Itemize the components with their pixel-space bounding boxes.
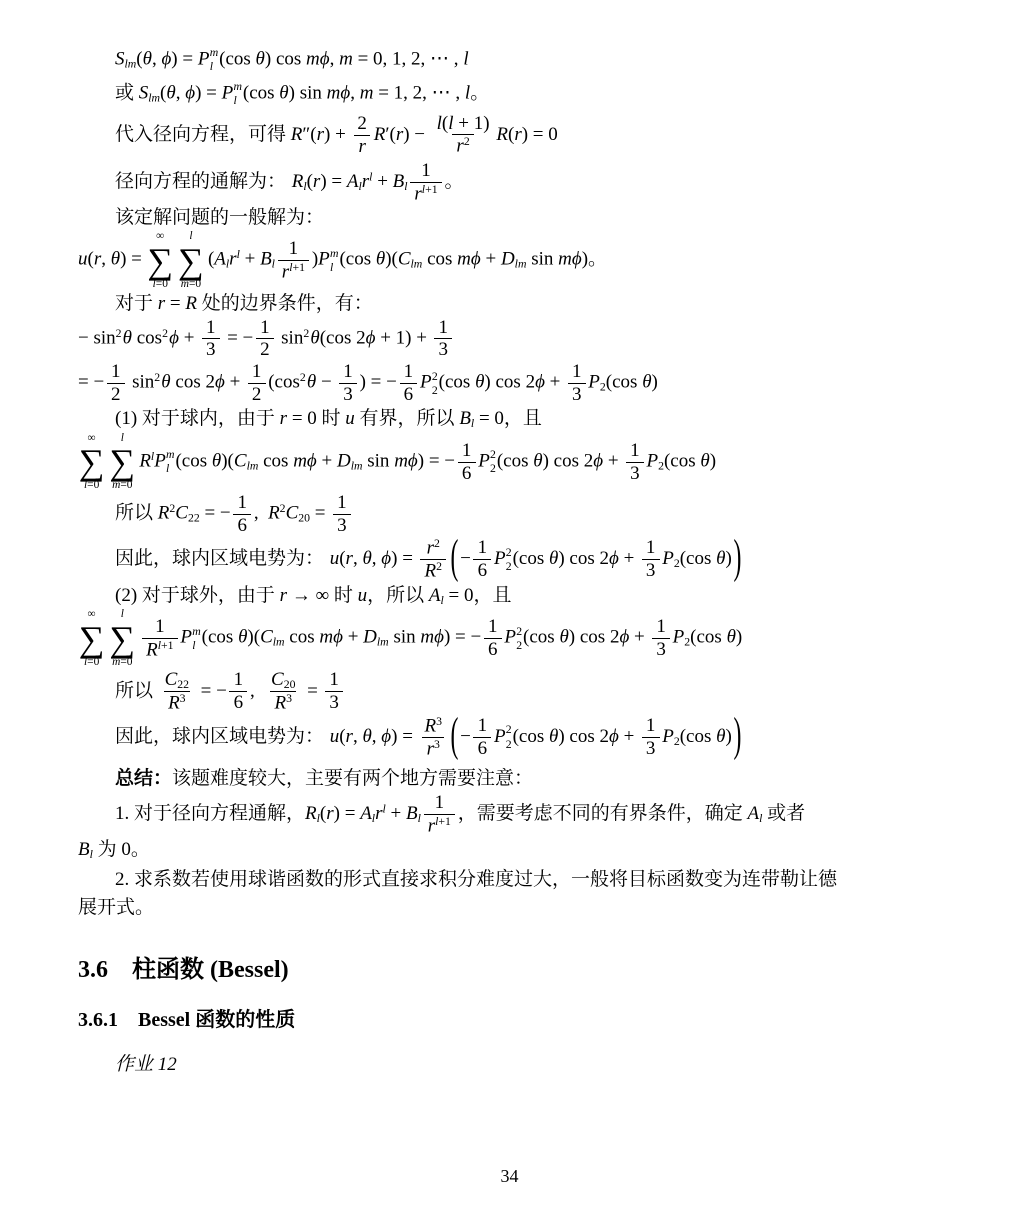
page-content: Slm(θ, ϕ) = Pml(cos θ) cos mϕ, m = 0, 1,… <box>0 0 1019 1077</box>
subscript: 22 <box>188 512 200 525</box>
math-roman: 3 <box>646 738 656 759</box>
superscript: 3 <box>180 692 186 705</box>
math-roman: (cos <box>680 548 716 569</box>
math-variable: r <box>427 537 434 558</box>
fraction: 13 <box>434 317 452 362</box>
math-variable: θ <box>307 372 316 393</box>
math-variable: B <box>78 839 90 860</box>
math-roman: 3 <box>337 515 347 536</box>
math-variable: ϕ <box>609 548 619 569</box>
math-variable: m <box>166 448 175 461</box>
math-roman: + <box>179 327 199 348</box>
fraction: 12 <box>107 361 125 406</box>
text: 该定解问题的一般解为： <box>115 207 324 228</box>
text: (2) 对于球外，由于 <box>115 585 280 606</box>
fraction: 1rl+1 <box>424 792 456 837</box>
math-roman: 1 <box>289 238 299 259</box>
math-variable: l <box>330 261 333 274</box>
math-variable: ϕ <box>572 249 582 270</box>
numerator: 2 <box>353 113 371 135</box>
math-roman: 3 <box>434 738 440 751</box>
math-variable: m <box>394 450 408 471</box>
eq-inside-sum: ∞∑l=0l∑m=0RlPml(cos θ)(Clm cos mϕ + Dlm … <box>78 432 953 493</box>
sup-sub-stack: ml <box>192 625 201 653</box>
math-roman: + <box>481 249 501 270</box>
math-variable: B <box>260 249 272 270</box>
math-variable: m <box>233 80 242 93</box>
superscript: 2 <box>154 372 160 385</box>
math-variable: P <box>420 372 432 393</box>
math-roman: 1 <box>488 616 498 637</box>
math-variable: ϕ <box>609 726 619 747</box>
math-variable: ϕ <box>333 627 343 648</box>
denominator: 6 <box>458 462 476 485</box>
math-roman: ) <box>736 627 742 648</box>
fraction: r2R2 <box>420 537 446 583</box>
math-roman: (cos <box>339 249 375 270</box>
math-roman: 3 <box>439 339 449 360</box>
math-roman: ) cos 2 <box>543 450 594 471</box>
math-roman: 1 <box>404 361 414 382</box>
math-variable: C <box>165 669 178 690</box>
text: 。 <box>588 249 607 270</box>
superscript: 2 <box>162 327 168 340</box>
math-variable: ϕ <box>381 726 391 747</box>
subscript: l <box>404 180 407 193</box>
math-roman: 20 <box>298 512 310 525</box>
numerator: 1 <box>458 440 476 462</box>
math-roman: , <box>353 726 363 747</box>
fraction: 16 <box>484 616 502 661</box>
math-roman: 6 <box>234 692 244 713</box>
numerator: 1 <box>107 361 125 383</box>
math-variable: θ <box>533 450 542 471</box>
subscript: lm <box>351 459 363 472</box>
text-note-1: 1. 对于径向方程通解，Rl(r) = Alrl + Bl1rl+1，需要考虑不… <box>78 792 953 837</box>
math-roman: ) <box>725 548 731 569</box>
math-roman: 6 <box>478 560 488 581</box>
math-roman: = − <box>200 503 231 524</box>
math-variable: R <box>425 715 437 736</box>
denominator: r3 <box>422 737 444 760</box>
fraction: 16 <box>233 492 251 537</box>
text: 作业 12 <box>115 1054 177 1075</box>
math-roman: + <box>372 171 392 192</box>
text: 所以 <box>115 503 158 524</box>
numerator: 1 <box>325 669 343 691</box>
math-roman: 3 <box>436 715 442 728</box>
math-variable: m <box>558 249 572 270</box>
eq-radial-general-solution: 径向方程的通解为：Rl(r) = Alrl + Bl1rl+1。 <box>78 160 953 205</box>
math-variable: S <box>139 83 149 104</box>
math-roman: 1 <box>630 440 640 461</box>
math-variable: R <box>275 693 287 714</box>
math-roman: ) = <box>195 83 222 104</box>
math-variable: θ <box>123 327 132 348</box>
big-paren: ) <box>733 536 741 584</box>
subscript: lm <box>125 57 137 70</box>
math-roman: +1 <box>425 183 438 196</box>
fraction: 16 <box>400 361 418 406</box>
math-roman: ) + <box>324 123 351 144</box>
math-roman: , <box>350 83 360 104</box>
denominator: 2 <box>248 383 266 406</box>
math-roman: 6 <box>488 639 498 660</box>
eq-outside-sum: ∞∑l=0l∑m=01Rl+1Pml(cos θ)(Clm cos mϕ + D… <box>78 608 953 669</box>
text: (1) 对于球内，由于 <box>115 408 280 429</box>
eq-outside-potential: 因此，球内区域电势为：u(r, θ, ϕ) = R3r3(−16P22(cos … <box>78 715 953 761</box>
math-roman: )( <box>221 450 234 471</box>
subscript: lm <box>273 636 285 649</box>
sub-row: 2 <box>506 738 512 752</box>
math-roman: , <box>372 548 382 569</box>
math-roman: 1 <box>439 317 449 338</box>
math-variable: P <box>588 372 600 393</box>
math-variable: m <box>192 625 201 638</box>
math-variable: R <box>146 639 158 660</box>
math-variable: u <box>330 548 340 569</box>
numerator: 1 <box>434 317 452 339</box>
numerator: r2 <box>422 537 444 559</box>
text: 3.6 <box>78 957 108 983</box>
denominator: R2 <box>420 559 446 582</box>
math-variable: C <box>175 503 188 524</box>
math-roman: = 0 <box>474 408 504 429</box>
math-roman: 6 <box>237 515 247 536</box>
math-roman: )( <box>385 249 398 270</box>
text: 因此，球内区域电势为： <box>115 726 324 747</box>
sup-row: 2 <box>432 370 438 384</box>
fraction: 13 <box>626 440 644 485</box>
math-roman: + <box>240 249 260 270</box>
math-roman: +1 <box>161 639 174 652</box>
math-roman: + <box>343 627 363 648</box>
math-variable: r <box>346 548 353 569</box>
math-roman: 2 <box>432 370 438 383</box>
math-variable: u <box>78 249 88 270</box>
math-roman: cos <box>422 249 457 270</box>
text: Bessel 函数的性质 <box>138 1009 295 1031</box>
math-roman: 1 <box>421 160 431 181</box>
denominator: R3 <box>164 691 190 714</box>
math-roman: 22 <box>188 512 200 525</box>
math-roman: 1 <box>646 715 656 736</box>
section-heading-3-6: 3.6柱函数 (Bessel) <box>78 954 953 986</box>
subscript: lm <box>247 459 259 472</box>
math-roman: (cos <box>243 83 279 104</box>
math-variable: θ <box>279 83 288 104</box>
math-roman: 3 <box>329 692 339 713</box>
fraction: 16 <box>458 440 476 485</box>
math-roman: ) <box>652 372 658 393</box>
math-roman: (cos <box>523 627 559 648</box>
superscript: 2 <box>464 135 470 148</box>
math-variable: θ <box>549 548 558 569</box>
math-variable: r <box>358 136 365 157</box>
math-variable: P <box>318 249 330 270</box>
math-roman: + <box>619 548 639 569</box>
math-variable: lm <box>351 459 363 472</box>
math-roman: , <box>254 503 264 524</box>
math-roman: 1 <box>155 616 165 637</box>
numerator: 1 <box>430 792 448 814</box>
math-roman: 3 <box>630 463 640 484</box>
denominator: 3 <box>652 638 670 661</box>
math-roman: = 1, 2, ⋯ , <box>373 83 464 104</box>
text: 处的边界条件，有： <box>197 293 373 314</box>
math-variable: A <box>429 585 441 606</box>
denominator: r2 <box>452 134 474 157</box>
math-variable: lm <box>148 92 160 105</box>
subscript: lm <box>148 92 160 105</box>
text: 有界，所以 <box>355 408 460 429</box>
math-roman: 3 <box>206 339 216 360</box>
math-roman: 2 <box>506 723 512 736</box>
math-roman: ) sin <box>289 83 327 104</box>
text: 时 <box>317 408 346 429</box>
math-variable: A <box>347 171 359 192</box>
superscript: 3 <box>286 692 292 705</box>
numerator: 1 <box>229 669 247 691</box>
subscript: lm <box>411 258 423 271</box>
math-variable: ϕ <box>185 83 195 104</box>
eq-outside-coefficients: 所以 C22R3 = −16, C20R3 = 13 <box>78 669 953 715</box>
document-page: Slm(θ, ϕ) = Pml(cos θ) cos mϕ, m = 0, 1,… <box>0 0 1019 1217</box>
superscript: l+1 <box>435 815 451 828</box>
math-variable: u <box>358 585 368 606</box>
math-variable: ϕ <box>434 627 444 648</box>
math-roman: 2 <box>357 113 367 134</box>
text-note-2-cont: 展开式。 <box>78 895 953 921</box>
lower-limit: l=0 <box>84 479 99 492</box>
denominator: 3 <box>642 559 660 582</box>
superscript: 2 <box>434 537 440 550</box>
numerator: 1 <box>400 361 418 383</box>
math-variable: ϕ <box>307 450 317 471</box>
text: 1. 对于径向方程通解， <box>115 803 305 824</box>
math-variable: m <box>306 48 320 69</box>
math-roman: + <box>545 372 565 393</box>
math-variable: P <box>478 450 490 471</box>
math-roman: =0 <box>87 479 99 491</box>
math-roman: cos <box>285 627 320 648</box>
text: 2. 求系数若使用球谐函数的形式直接求积分难度过大，一般将目标函数变为连带勒让德 <box>115 869 837 890</box>
sup-row: 2 <box>506 546 512 560</box>
math-roman: , <box>330 48 340 69</box>
math-variable: R <box>268 503 280 524</box>
math-roman: (cos <box>690 627 726 648</box>
text-note-2: 2. 求系数若使用球谐函数的形式直接求积分难度过大，一般将目标函数变为连带勒让德 <box>78 867 953 893</box>
subscript: l <box>418 812 421 825</box>
sup-row: 2 <box>506 723 512 737</box>
text: 3.6.1 <box>78 1009 118 1031</box>
subscript: 20 <box>284 678 296 691</box>
math-roman: 3 <box>656 639 666 660</box>
text-general-solution-intro: 该定解问题的一般解为： <box>78 205 953 231</box>
math-roman: 1 <box>572 361 582 382</box>
fraction: 13 <box>642 537 660 582</box>
math-roman: =0 <box>120 479 132 491</box>
math-roman: + 1) <box>454 113 490 134</box>
math-variable: B <box>459 408 471 429</box>
math-variable: R <box>374 123 386 144</box>
math-variable: A <box>214 249 226 270</box>
math-roman: , <box>250 680 260 701</box>
lower-limit: m=0 <box>181 278 201 291</box>
summation: l∑m=0 <box>178 230 204 291</box>
math-variable: m <box>420 627 434 648</box>
page-number: 34 <box>0 1166 1019 1187</box>
math-variable: ϕ <box>169 327 179 348</box>
math-roman: +1 <box>292 261 305 274</box>
denominator: 6 <box>229 691 247 714</box>
numerator: 1 <box>473 715 491 737</box>
math-variable: m <box>330 247 339 260</box>
math-roman: sin <box>389 627 421 648</box>
lower-limit: m=0 <box>112 479 132 492</box>
math-roman: ″( <box>302 123 316 144</box>
math-roman: (cos <box>268 372 300 393</box>
sup-sub-stack: ml <box>233 80 242 108</box>
math-roman: 2 <box>162 327 168 340</box>
math-variable: m <box>319 627 333 648</box>
math-roman: 6 <box>478 738 488 759</box>
sub-row: l <box>233 94 236 108</box>
numerator: 1 <box>417 160 435 182</box>
summation: l∑m=0 <box>109 432 135 493</box>
math-roman: )( <box>247 627 260 648</box>
denominator: 2 <box>256 338 274 361</box>
superscript: 3 <box>434 738 440 751</box>
math-roman: (cos <box>664 450 700 471</box>
summation: ∞∑l=0 <box>79 608 105 669</box>
summation: l∑m=0 <box>109 608 135 669</box>
math-variable: l <box>272 258 275 271</box>
math-variable: P <box>198 48 210 69</box>
numerator: 1 <box>626 440 644 462</box>
math-variable: m <box>457 249 471 270</box>
fraction: 13 <box>333 492 351 537</box>
numerator: 1 <box>339 361 357 383</box>
sup-row: m <box>192 625 201 639</box>
text-case-1-inside-sphere: (1) 对于球内，由于 r = 0 时 u 有界，所以 Bl = 0，且 <box>78 406 953 432</box>
numerator: 1 <box>333 492 351 514</box>
denominator: 3 <box>325 691 343 714</box>
numerator: 1 <box>202 317 220 339</box>
math-variable: θ <box>642 372 651 393</box>
math-variable: ϕ <box>161 48 171 69</box>
sigma-glyph: ∑ <box>79 622 105 656</box>
sub-row: 2 <box>490 462 496 476</box>
math-roman: 3 <box>646 560 656 581</box>
math-roman: 2 <box>260 339 270 360</box>
math-roman: 1 <box>234 669 244 690</box>
math-roman: (cos <box>219 48 255 69</box>
math-roman: (cos <box>497 450 533 471</box>
math-roman: 1 <box>252 361 262 382</box>
math-roman: 1 <box>435 792 445 813</box>
math-roman: = 0 <box>444 585 474 606</box>
superscript: 2 <box>300 372 306 385</box>
text: 为 0。 <box>93 839 150 860</box>
math-roman: 1 <box>206 317 216 338</box>
math-variable: P <box>662 726 674 747</box>
math-roman: 3 <box>286 692 292 705</box>
math-roman: 2 <box>252 384 262 405</box>
fraction: l(l + 1)r2 <box>432 113 493 158</box>
math-variable: m <box>210 46 219 59</box>
math-variable: θ <box>700 450 709 471</box>
math-roman: = <box>310 503 330 524</box>
math-variable: lm <box>411 258 423 271</box>
math-roman: (cos 2 <box>320 327 366 348</box>
denominator: 2 <box>107 383 125 406</box>
superscript: 2 <box>303 327 309 340</box>
math-variable: r <box>229 249 236 270</box>
denominator: rl+1 <box>424 814 456 837</box>
math-roman: 3 <box>343 384 353 405</box>
math-variable: lm <box>247 459 259 472</box>
big-paren: ( <box>450 714 458 762</box>
math-variable: θ <box>727 627 736 648</box>
text: 或者 <box>762 803 805 824</box>
math-roman: + <box>629 627 649 648</box>
text-case-2-outside-sphere: (2) 对于球外，由于 r → ∞ 时 u，所以 Al = 0，且 <box>78 583 953 609</box>
denominator: R3 <box>270 691 296 714</box>
math-roman: cos <box>132 327 162 348</box>
math-variable: m <box>339 48 353 69</box>
math-roman: = 0 <box>287 408 317 429</box>
math-variable: ϕ <box>619 627 629 648</box>
math-roman: ) = <box>320 171 347 192</box>
math-variable: r <box>414 183 421 204</box>
superscript: l+1 <box>289 261 305 274</box>
math-roman: (cos <box>439 372 475 393</box>
math-variable: C <box>271 669 284 690</box>
denominator: 6 <box>473 559 491 582</box>
math-variable: θ <box>212 450 221 471</box>
fraction: 12 <box>256 317 274 362</box>
math-roman: ) cos 2 <box>558 548 609 569</box>
superscript: 3 <box>436 715 442 728</box>
eq-slm-sin: 或 Slm(θ, ϕ) = Pml(cos θ) sin mϕ, m = 1, … <box>78 80 953 108</box>
math-roman: 3 <box>572 384 582 405</box>
sigma-glyph: ∑ <box>109 445 135 479</box>
fraction: 13 <box>652 616 670 661</box>
math-variable: D <box>363 627 377 648</box>
math-variable: r <box>280 408 287 429</box>
summation: ∞∑l=0 <box>147 230 173 291</box>
text-note-1-cont: Bl 为 0。 <box>78 837 953 863</box>
math-roman: ) cos 2 <box>558 726 609 747</box>
sigma-glyph: ∑ <box>178 244 204 278</box>
math-variable: ϕ <box>593 450 603 471</box>
math-roman: (cos <box>606 372 642 393</box>
denominator: 3 <box>333 514 351 537</box>
math-roman: ) = <box>171 48 198 69</box>
math-roman: , <box>353 548 363 569</box>
numerator: l(l + 1) <box>432 113 493 135</box>
text: ，且 <box>504 408 542 429</box>
math-roman: sin <box>276 327 303 348</box>
math-roman: 2 <box>490 462 496 475</box>
text: ，需要考虑不同的有界条件，确定 <box>458 803 748 824</box>
sup-sub-stack: 22 <box>490 448 496 476</box>
math-roman: → ∞ <box>287 585 329 606</box>
math-variable: θ <box>143 48 152 69</box>
superscript: 2 <box>116 327 122 340</box>
math-roman: sin <box>526 249 558 270</box>
